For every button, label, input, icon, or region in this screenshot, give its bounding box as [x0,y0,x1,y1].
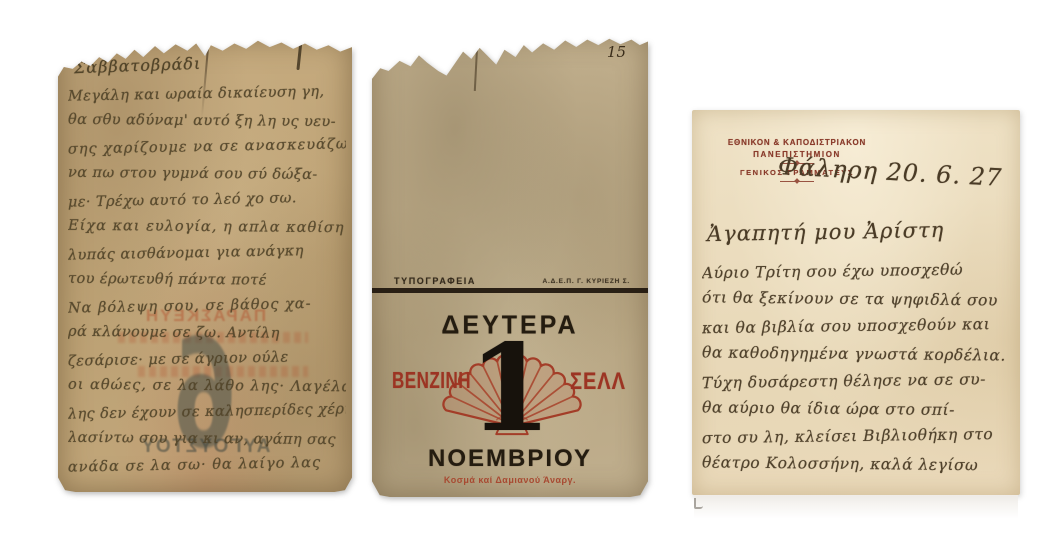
middle-calendar-page: 15 ΤΥΠΟΓΡΑΦΕΙΑ Α.Δ.Ε.Π. Γ. ΚΥΡΙΕΖΗ Σ. ΔΕ… [372,35,648,497]
handwritten-line: Να βόλεψη σου, σε βάθος χα- [68,295,346,327]
handwritten-heading: Σαββατοβράδι [74,54,202,77]
left-paper-sheet: ΠΑΡΑΣΚΕΥΗ 6 ΑΥΓΟΥΣΤΟΥ Σαββατοβράδι Μεγάλ… [58,38,352,492]
letter-paper-sheet: ΕΘΝΙΚΟΝ & ΚΑΠΟΔΙΣΤΡΙΑΚΟΝ ΠΑΝΕΠΙΣΤΗΜΙΟΝ Γ… [692,110,1020,495]
calendar-month: ΝΟΕΜΒΡΙΟΥ [372,445,648,473]
letter-salutation: Ἀγαπητή μου Ἀρίστη [707,218,945,246]
handwritten-line: ρά κλάνουμε σε ζω. Αντίλη [68,323,346,352]
handwritten-line: ανάδα σε λα σω· θα λαίγο λας [68,454,346,486]
handwritten-text-block: Μεγάλη και ωραία δικαίευση γη, θα σθυ αδ… [68,86,346,484]
saints-feast-line: Κοσμά καί Δαμιανού Άναργ. [372,475,648,485]
letterhead-line: ΕΘΝΙΚΟΝ & ΚΑΠΟΔΙΣΤΡΙΑΚΟΝ [722,138,872,147]
handwritten-line: Τύχη δυσάρεστη θέλησε να σε συ- [702,370,1016,402]
handwritten-line: Αύριο Τρίτη σου έχω υποσχεθώ [702,260,1016,292]
handwritten-line: ότι θα ξεκίνουν σε τα ψηφιδλά σου [702,288,1016,319]
calendar-paper-sheet: 15 ΤΥΠΟΓΡΑΦΕΙΑ Α.Δ.Ε.Π. Γ. ΚΥΡΙΕΖΗ Σ. ΔΕ… [372,35,648,497]
paper-crack-line [474,45,478,91]
handwritten-line: θα καθοδηγημένα γνωστά κορδέλια. [702,343,1016,374]
handwritten-line: σης χαρίζουμε να σε ανασκευάζω [68,136,346,168]
scan-cutoff-shadow [694,495,1018,519]
handwritten-line: Είχα και ευλογία, η απλα καθίση [68,217,346,246]
handwritten-line: στο συ λη, κλείσει Βιβλιοθήκη στο [702,425,1016,457]
handwritten-line: του έρωτευθή πάντα ποτέ [68,270,346,299]
calendar-date-number: 1 [372,329,648,449]
handwritten-line: θα αύριο θα ίδια ώρα στο σπί- [702,398,1016,429]
letter-body: Αύριο Τρίτη σου έχω υποσχεθώ ότι θα ξεκί… [702,262,1016,482]
handwritten-line: με· Τρέχω αυτό το λεό χο σω. [68,189,346,221]
handwritten-line: οι αθώες, σε λα λάθο λης· Λαγέλα [68,376,346,405]
handwritten-line: και θα βιβλία σου υποσχεθούν και [702,315,1016,347]
scanned-documents-canvas: ΠΑΡΑΣΚΕΥΗ 6 ΑΥΓΟΥΣΤΟΥ Σαββατοβράδι Μεγάλ… [0,0,1045,552]
printer-imprint-left: ΤΥΠΟΓΡΑΦΕΙΑ [394,276,476,286]
stray-scan-mark [694,498,703,509]
handwritten-line: λης δεν έχουν σε καλησπερίδες χέρη [68,401,346,433]
right-letter-page: ΕΘΝΙΚΟΝ & ΚΑΠΟΔΙΣΤΡΙΑΚΟΝ ΠΑΝΕΠΙΣΤΗΜΙΟΝ Γ… [692,110,1020,495]
handwritten-line: θέατρο Κολοσσήνη, καλά λεγίσω [702,453,1016,484]
handwritten-page-number: 15 [607,43,626,61]
handwritten-line: να πω στου γυμνά σου σύ δώξα- [68,164,346,193]
ink-stroke-mark [296,40,302,70]
handwritten-line: λυπάς αισθάνομαι για ανάγκη [68,242,346,274]
handwritten-line: λασίντω σου για κι αν, αγάπη σας [68,429,346,458]
handwritten-line: ζεσάρισε· με σε άγριον ούλε [68,348,346,380]
left-manuscript-page: ΠΑΡΑΣΚΕΥΗ 6 ΑΥΓΟΥΣΤΟΥ Σαββατοβράδι Μεγάλ… [58,38,352,492]
handwritten-line: θα σθυ αδύναμ' αυτό ξη λη υς υευ- [68,111,346,140]
horizontal-rule [372,288,648,293]
handwritten-line: Μεγάλη και ωραία δικαίευση γη, [68,83,346,115]
printer-imprint-right: Α.Δ.Ε.Π. Γ. ΚΥΡΙΕΖΗ Σ. [542,278,630,285]
